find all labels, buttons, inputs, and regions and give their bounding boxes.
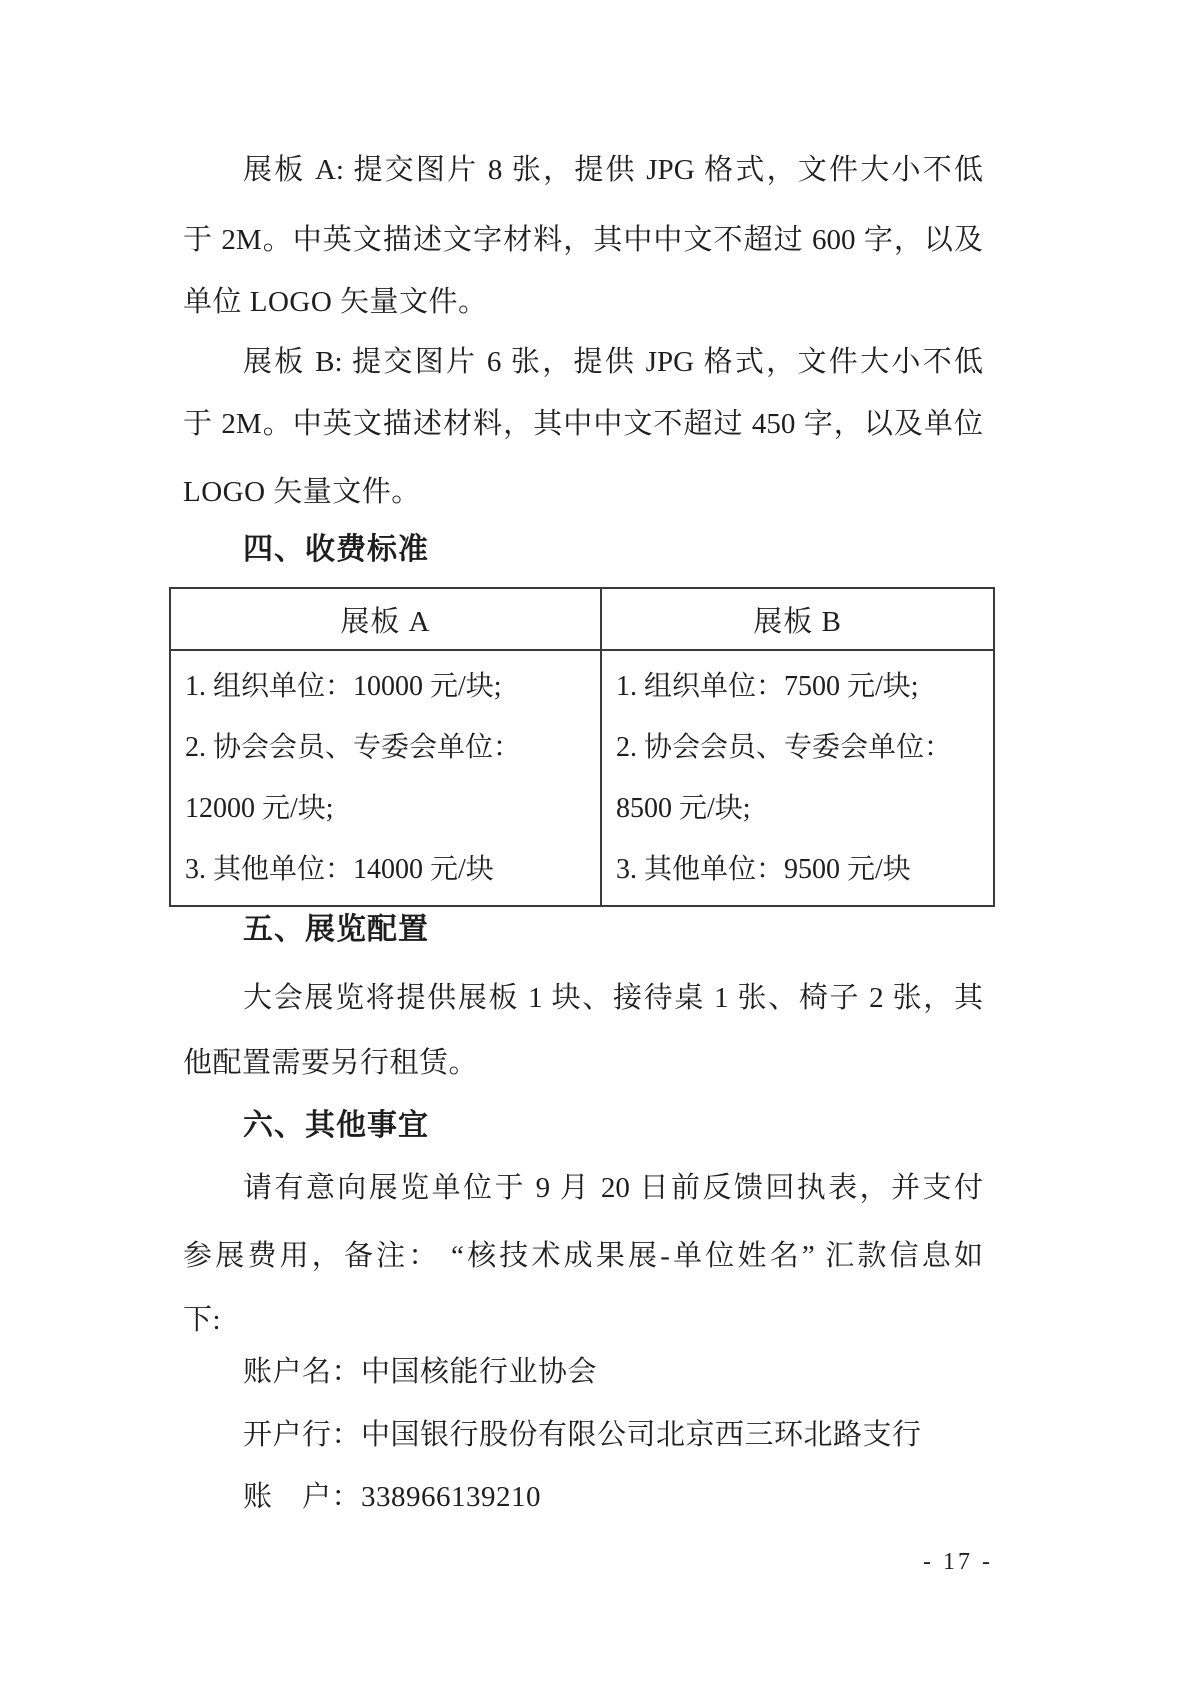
fee-item: 12000 元/块; bbox=[185, 778, 590, 839]
config-paragraph-line: 大会展览将提供展板 1 块、接待桌 1 张、椅子 2 张，其 bbox=[183, 978, 983, 1018]
bank-account-number: 账 户：338966139210 bbox=[183, 1477, 983, 1517]
fee-table-body-row: 1. 组织单位：10000 元/块; 2. 协会会员、专委会单位： 12000 … bbox=[170, 650, 994, 906]
panel-a-paragraph-line: 于 2M。中英文描述文字材料，其中中文不超过 600 字，以及 bbox=[183, 220, 983, 260]
fee-item: 3. 其他单位：14000 元/块 bbox=[185, 839, 590, 900]
section-heading-fees: 四、收费标准 bbox=[183, 530, 983, 570]
other-paragraph-line: 下: bbox=[183, 1300, 983, 1340]
fee-table-header-panel-a: 展板 A bbox=[170, 588, 601, 650]
section-heading-config: 五、展览配置 bbox=[183, 910, 983, 950]
panel-b-paragraph-line: 展板 B: 提交图片 6 张，提供 JPG 格式，文件大小不低 bbox=[183, 342, 983, 382]
fee-item: 1. 组织单位：7500 元/块; bbox=[616, 656, 983, 717]
fee-item: 3. 其他单位：9500 元/块 bbox=[616, 839, 983, 900]
fee-table-cell-panel-b: 1. 组织单位：7500 元/块; 2. 协会会员、专委会单位： 8500 元/… bbox=[601, 650, 994, 906]
other-paragraph-line: 请有意向展览单位于 9 月 20 日前反馈回执表，并支付 bbox=[183, 1168, 983, 1208]
document-page: 展板 A: 提交图片 8 张，提供 JPG 格式，文件大小不低 于 2M。中英文… bbox=[0, 0, 1200, 1697]
fee-table: 展板 A 展板 B 1. 组织单位：10000 元/块; 2. 协会会员、专委会… bbox=[169, 587, 995, 907]
fee-table-cell-panel-a: 1. 组织单位：10000 元/块; 2. 协会会员、专委会单位： 12000 … bbox=[170, 650, 601, 906]
page-number: - 17 - bbox=[183, 1549, 993, 1576]
panel-a-paragraph-line: 展板 A: 提交图片 8 张，提供 JPG 格式，文件大小不低 bbox=[183, 150, 983, 190]
fee-item: 2. 协会会员、专委会单位： bbox=[616, 717, 983, 778]
fee-table-header-row: 展板 A 展板 B bbox=[170, 588, 994, 650]
panel-b-paragraph-line: 于 2M。中英文描述材料，其中中文不超过 450 字，以及单位 bbox=[183, 404, 983, 444]
fee-item: 1. 组织单位：10000 元/块; bbox=[185, 656, 590, 717]
bank-branch: 开户行：中国银行股份有限公司北京西三环北路支行 bbox=[183, 1415, 983, 1455]
fee-table-header-panel-b: 展板 B bbox=[601, 588, 994, 650]
section-heading-other: 六、其他事宜 bbox=[183, 1106, 983, 1146]
fee-item: 8500 元/块; bbox=[616, 778, 983, 839]
panel-b-paragraph-line: LOGO 矢量文件。 bbox=[183, 472, 983, 512]
bank-account-name: 账户名：中国核能行业协会 bbox=[183, 1352, 983, 1392]
other-paragraph-line: 参展费用，备注： “核技术成果展-单位姓名” 汇款信息如 bbox=[183, 1236, 983, 1276]
fee-item: 2. 协会会员、专委会单位： bbox=[185, 717, 590, 778]
config-paragraph-line: 他配置需要另行租赁。 bbox=[183, 1043, 983, 1083]
panel-a-paragraph-line: 单位 LOGO 矢量文件。 bbox=[183, 282, 983, 322]
